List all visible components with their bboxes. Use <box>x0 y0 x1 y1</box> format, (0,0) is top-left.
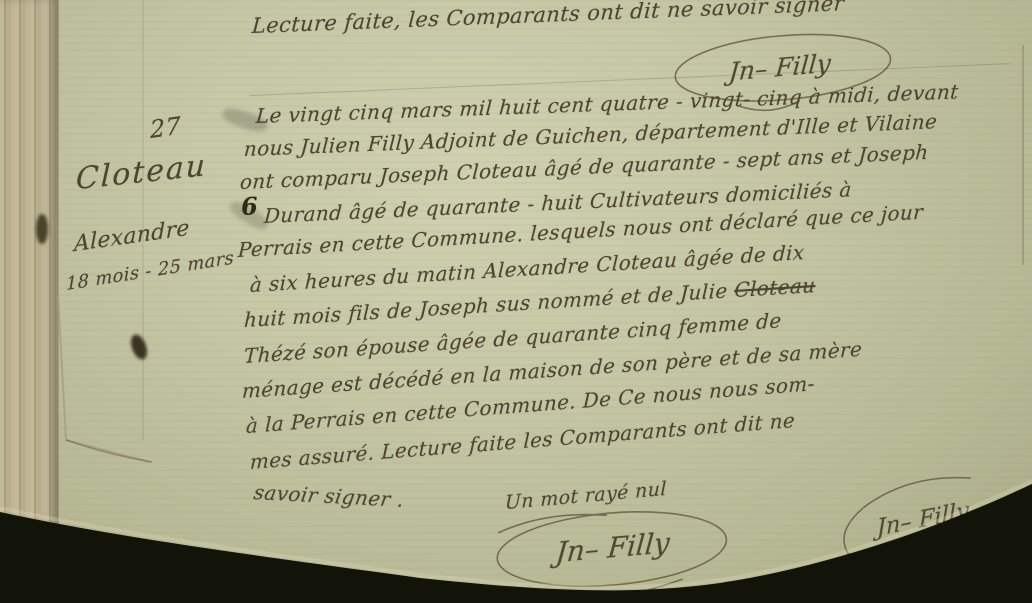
book-binding-edge <box>0 0 58 603</box>
margin-act-number: 27 <box>150 112 182 144</box>
register-page: Lecture faite, les Comparants ont dit ne… <box>0 0 1032 603</box>
act-body-line: savoir signer . <box>252 480 406 512</box>
correction-mark: 6 <box>240 191 258 221</box>
signature-bottom-right: Jn– Filly <box>822 461 1025 581</box>
crease-ink-mark <box>36 214 48 244</box>
page-fold-crease <box>142 0 144 440</box>
page-right-edge-line <box>1022 45 1024 265</box>
ink-blot <box>128 332 150 361</box>
register-photo: Lecture faite, les Comparants ont dit ne… <box>0 0 1032 603</box>
margin-given-name: Alexandre <box>74 216 190 258</box>
struck-out-word: Cloteau <box>734 273 816 302</box>
margin-surname: Cloteau <box>75 148 207 197</box>
gutter-crease <box>56 0 59 603</box>
